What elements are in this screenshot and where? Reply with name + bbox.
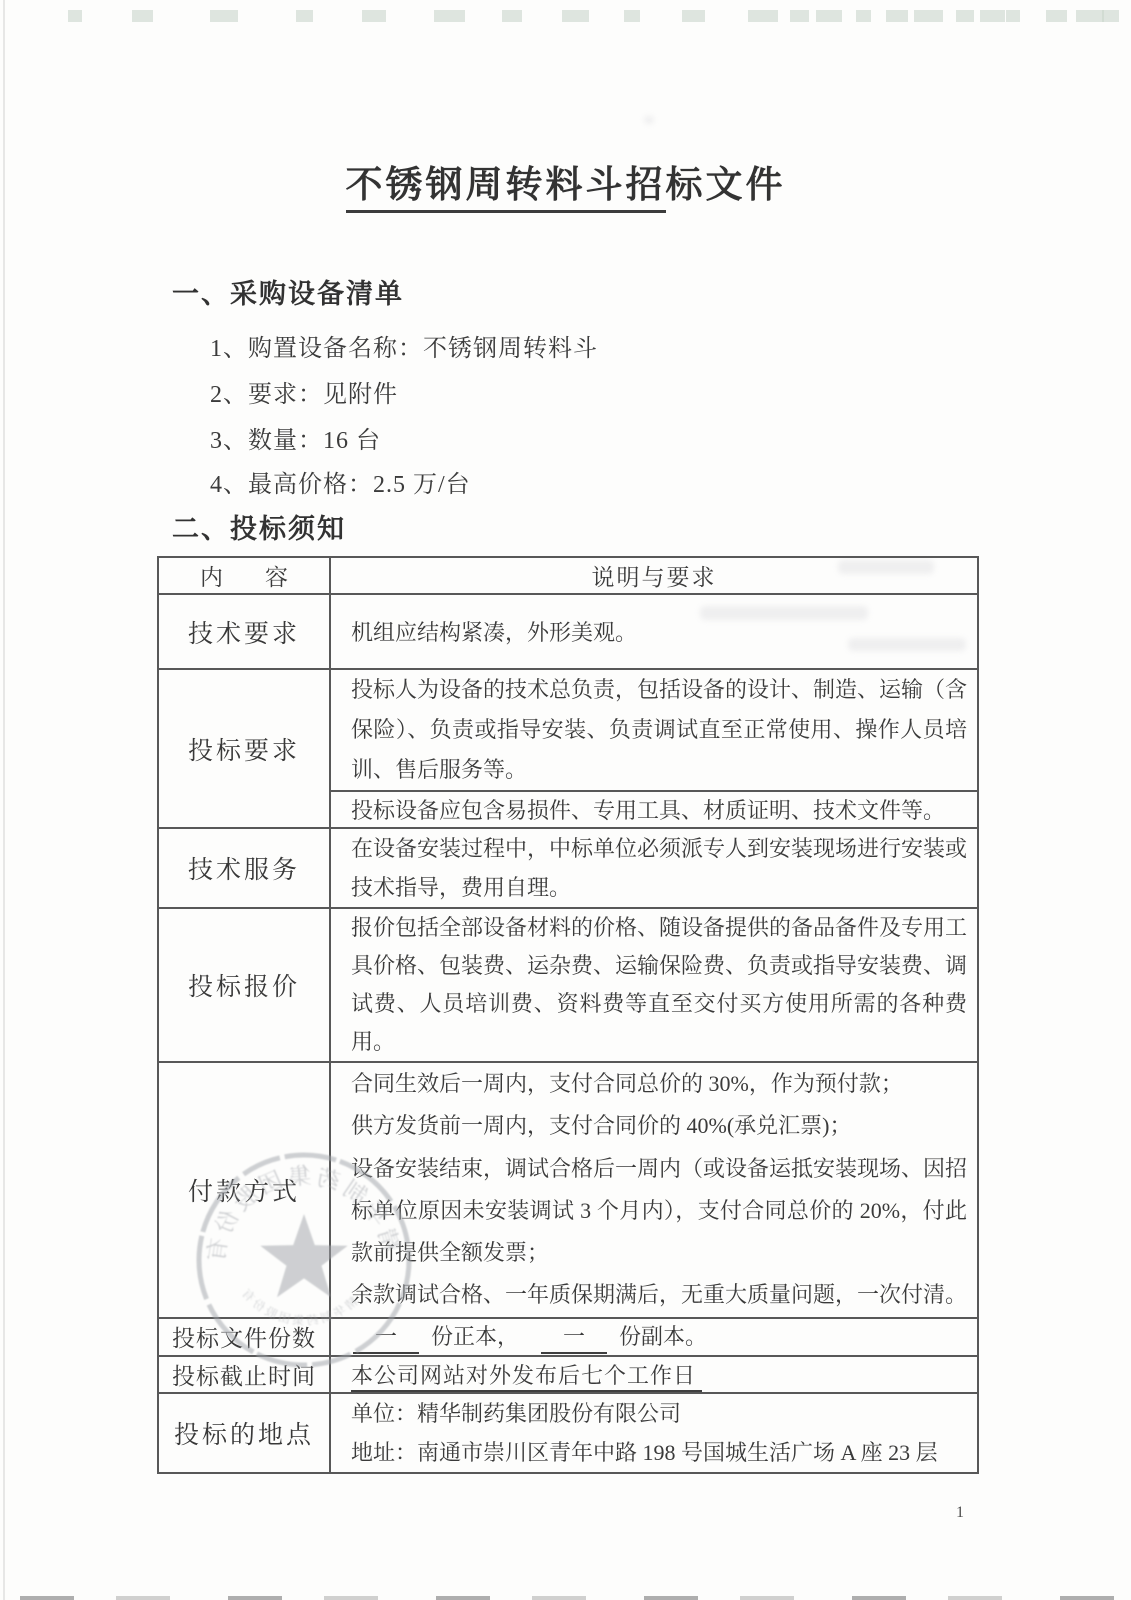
- row-text-bid-requirement-2: 投标设备应包含易损件、专用工具、材质证明、技术文件等。: [330, 791, 978, 828]
- scan-artifact-square: [856, 10, 871, 22]
- table-row: 付款方式 合同生效后一周内，支付合同总价的 30%，作为预付款； 供方发货前一周…: [158, 1062, 978, 1318]
- scan-artifact-square: [956, 10, 974, 22]
- scan-artifact-square: [434, 10, 465, 22]
- table-header-description: 说明与要求: [330, 557, 978, 594]
- row-text-tech-service: 在设备安装过程中，中标单位必须派专人到安装现场进行安装或技术指导，费用自理。: [330, 828, 978, 908]
- scan-artifact-square: [362, 10, 386, 22]
- row-text-tech-requirement: 机组应结构紧凑，外形美观。: [330, 594, 978, 669]
- row-label-bid-location: 投标的地点: [158, 1393, 330, 1473]
- payment-term-1: 合同生效后一周内，支付合同总价的 30%，作为预付款；: [351, 1063, 967, 1105]
- row-label-bid-price: 投标报价: [158, 908, 330, 1062]
- row-text-bid-price: 报价包括全部设备材料的价格、随设备提供的备品备件及专用工具价格、包装费、运杂费、…: [330, 908, 978, 1062]
- scan-artifact-square: [1102, 10, 1119, 22]
- scan-edge-line: [3, 0, 5, 1600]
- list-item-requirement: 2、要求：见附件: [210, 374, 398, 409]
- page-number: 1: [956, 1504, 964, 1522]
- list-item-quantity: 3、数量：16 台: [210, 420, 381, 455]
- scan-artifact-square: [502, 10, 522, 22]
- table-row: 投标要求 投标人为设备的技术总负责，包括设备的设计、制造、运输（含保险）、负责或…: [158, 669, 978, 791]
- scan-artifact-square: [296, 10, 313, 22]
- bid-deadline-underlined-text: 本公司网站对外发布后七个工作日: [351, 1363, 702, 1392]
- scan-artifact-square: [210, 10, 238, 22]
- list-item-equipment-name: 1、购置设备名称：不锈钢周转料斗: [210, 328, 598, 363]
- document-title-rest: 标文件: [666, 165, 786, 206]
- payment-term-3: 设备安装结束，调试合格后一周内（或设备运抵安装现场、因招标单位原因未安装调试 3…: [351, 1148, 967, 1275]
- scan-artifact-square: [132, 10, 153, 22]
- scanned-document-page: 不锈钢周转料斗招标文件 一、采购设备清单 1、购置设备名称：不锈钢周转料斗 2、…: [0, 0, 1131, 1600]
- table-header-row: 内容 说明与要求: [158, 557, 978, 594]
- copies-original-text: 份正本，: [431, 1324, 519, 1349]
- section-heading-equipment-list: 一、采购设备清单: [172, 272, 404, 311]
- document-title-underlined: 不锈钢周转料斗招: [346, 165, 666, 213]
- table-header-content: 内容: [158, 557, 330, 594]
- scan-artifact-bottom: [20, 1596, 1123, 1600]
- row-label-tech-requirement: 技术要求: [158, 594, 330, 669]
- scan-artifact-square: [1046, 10, 1067, 22]
- scan-artifact-square: [980, 10, 1005, 22]
- payment-term-2: 供方发货前一周内，支付合同价的 40%(承兑汇票)；: [351, 1105, 967, 1147]
- row-text-bid-requirement-1: 投标人为设备的技术总负责，包括设备的设计、制造、运输（含保险）、负责或指导安装、…: [330, 669, 978, 791]
- header-content-char-2: 容: [265, 565, 288, 590]
- table-row: 投标文件份数 一份正本，一份副本。: [158, 1318, 978, 1356]
- table-row: 技术要求 机组应结构紧凑，外形美观。: [158, 594, 978, 669]
- copies-duplicate-text: 份副本。: [619, 1324, 707, 1349]
- list-item-max-price: 4、最高价格：2.5 万/台: [210, 464, 471, 499]
- document-title: 不锈钢周转料斗招标文件: [0, 154, 1131, 208]
- row-label-tech-service: 技术服务: [158, 828, 330, 908]
- row-text-payment-method: 合同生效后一周内，支付合同总价的 30%，作为预付款； 供方发货前一周内，支付合…: [330, 1062, 978, 1318]
- scan-artifact-square: [816, 10, 842, 22]
- bid-notice-table: 内容 说明与要求 技术要求 机组应结构紧凑，外形美观。 投标要求 投标人为设备的…: [157, 556, 979, 1474]
- table-row: 投标报价 报价包括全部设备材料的价格、随设备提供的备品备件及专用工具价格、包装费…: [158, 908, 978, 1062]
- table-row: 技术服务 在设备安装过程中，中标单位必须派专人到安装现场进行安装或技术指导，费用…: [158, 828, 978, 908]
- header-content-char-1: 内: [200, 565, 223, 590]
- scan-artifact-square: [886, 10, 908, 22]
- row-label-payment-method: 付款方式: [158, 1062, 330, 1318]
- copies-duplicate-blank: 一: [541, 1320, 607, 1354]
- row-label-document-copies: 投标文件份数: [158, 1318, 330, 1356]
- scan-artifact-square: [914, 10, 943, 22]
- row-label-bid-requirement: 投标要求: [158, 669, 330, 828]
- scan-artifact-square: [562, 10, 589, 22]
- table-row: 投标截止时间 本公司网站对外发布后七个工作日: [158, 1356, 978, 1393]
- bid-location-company: 单位：精华制药集团股份有限公司: [351, 1394, 967, 1433]
- scan-artifact-square: [748, 10, 778, 22]
- row-text-bid-location: 单位：精华制药集团股份有限公司 地址：南通市崇川区青年中路 198 号国城生活广…: [330, 1393, 978, 1473]
- section-heading-bid-notice: 二、投标须知: [172, 507, 346, 546]
- scan-artifact-square: [682, 10, 705, 22]
- scan-artifact-square: [790, 10, 809, 22]
- row-text-document-copies: 一份正本，一份副本。: [330, 1318, 978, 1356]
- scan-artifact-square: [68, 10, 82, 22]
- bid-location-address: 地址：南通市崇川区青年中路 198 号国城生活广场 A 座 23 层: [351, 1433, 967, 1472]
- scan-artifact-square: [1006, 10, 1020, 22]
- copies-original-blank: 一: [353, 1320, 419, 1354]
- row-text-bid-deadline: 本公司网站对外发布后七个工作日: [330, 1356, 978, 1393]
- table-row: 投标的地点 单位：精华制药集团股份有限公司 地址：南通市崇川区青年中路 198 …: [158, 1393, 978, 1473]
- scan-artifact-square: [624, 10, 640, 22]
- row-label-bid-deadline: 投标截止时间: [158, 1356, 330, 1393]
- scan-artifact-square: [1076, 10, 1104, 22]
- ink-bleed-smudge: [644, 116, 654, 124]
- payment-term-4: 余款调试合格、一年质保期满后，无重大质量问题，一次付清。: [351, 1274, 967, 1316]
